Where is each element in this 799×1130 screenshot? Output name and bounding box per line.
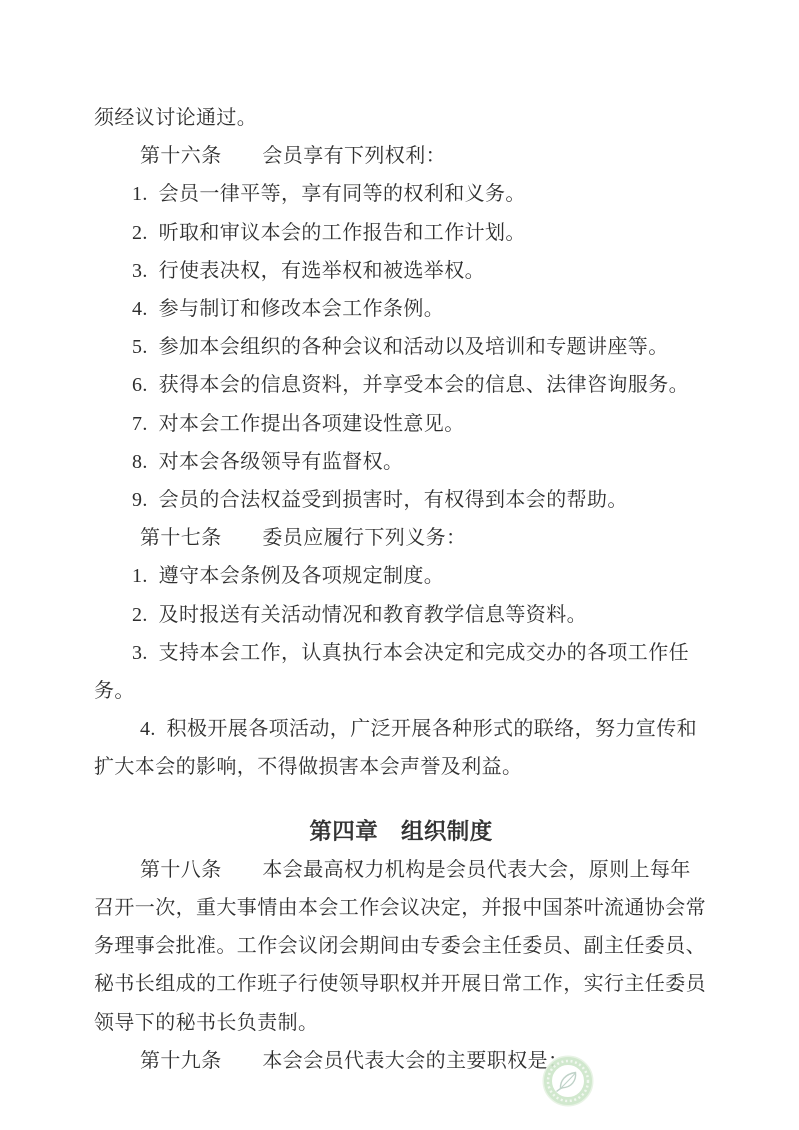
- rights-item-6: 6. 获得本会的信息资料，并享受本会的信息、法律咨询服务。: [94, 366, 708, 404]
- duties-item-4: 4. 积极开展各项活动，广泛开展各种形式的联络，努力宣传和扩大本会的影响，不得做…: [94, 710, 708, 786]
- article-18-paragraph: 第十八条 本会最高权力机构是会员代表大会，原则上每年召开一次，重大事情由本会工作…: [94, 851, 708, 1042]
- rights-item-5: 5. 参加本会组织的各种会议和活动以及培训和专题讲座等。: [94, 328, 708, 366]
- rights-item-8: 8. 对本会各级领导有监督权。: [94, 443, 708, 481]
- chapter-4-heading: 第四章 组织制度: [94, 813, 708, 851]
- article-16-title: 第十六条 会员享有下列权利：: [94, 137, 708, 175]
- duties-item-3: 3. 支持本会工作，认真执行本会决定和完成交办的各项工作任务。: [94, 634, 708, 710]
- rights-item-3: 3. 行使表决权，有选举权和被选举权。: [94, 252, 708, 290]
- duties-item-2: 2. 及时报送有关活动情况和教育教学信息等资料。: [94, 596, 708, 634]
- rights-item-4: 4. 参与制订和修改本会工作条例。: [94, 290, 708, 328]
- rights-item-9: 9. 会员的合法权益受到损害时，有权得到本会的帮助。: [94, 481, 708, 519]
- paragraph-continuation: 须经议讨论通过。: [94, 99, 708, 137]
- document-body: 须经议讨论通过。 第十六条 会员享有下列权利： 1. 会员一律平等，享有同等的权…: [0, 0, 799, 1080]
- article-19-title: 第十九条 本会会员代表大会的主要职权是：: [94, 1042, 708, 1080]
- rights-item-1: 1. 会员一律平等，享有同等的权利和义务。: [94, 175, 708, 213]
- document-page: 须经议讨论通过。 第十六条 会员享有下列权利： 1. 会员一律平等，享有同等的权…: [0, 0, 799, 1130]
- duties-item-1: 1. 遵守本会条例及各项规定制度。: [94, 557, 708, 595]
- rights-item-7: 7. 对本会工作提出各项建设性意见。: [94, 405, 708, 443]
- leaf-circle-watermark-icon: [542, 1055, 594, 1107]
- article-17-title: 第十七条 委员应履行下列义务：: [94, 519, 708, 557]
- rights-item-2: 2. 听取和审议本会的工作报告和工作计划。: [94, 214, 708, 252]
